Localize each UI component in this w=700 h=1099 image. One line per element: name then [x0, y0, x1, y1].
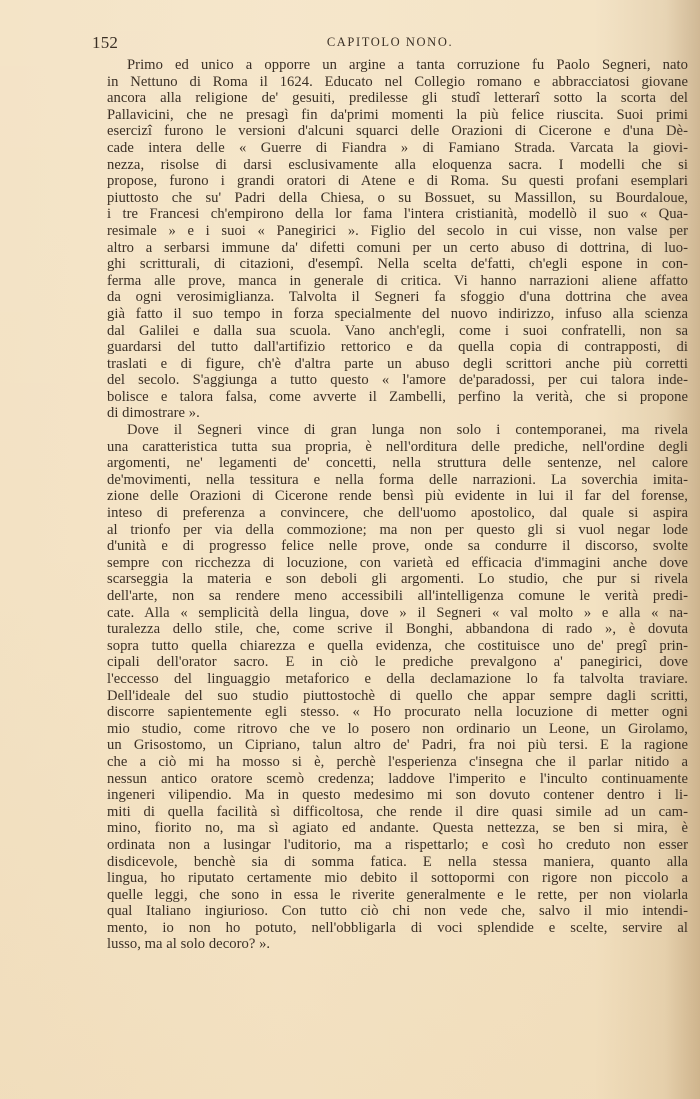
text-line: mio studio, come ritrovo che ve lo poser… [107, 721, 688, 738]
paragraph-2: Dove il Segneri vince di gran lunga non … [107, 422, 688, 953]
text-line: mento, io non ho potuto, nell'obbligarla… [107, 920, 688, 937]
text-line: piuttosto che su' Padri della Chiesa, o … [107, 190, 688, 207]
text-line: Dove il Segneri vince di gran lunga non … [107, 422, 688, 439]
text-line: bolisce e talora falsa, come avverte il … [107, 389, 688, 406]
text-line: argomenti, ne' legamenti de' concetti, n… [107, 455, 688, 472]
text-line: sempre con ricchezza di locuzione, con v… [107, 555, 688, 572]
text-line: da ogni verosimiglianza. Talvolta il Seg… [107, 289, 688, 306]
text-line: in Nettuno di Roma il 1624. Educato nel … [107, 74, 688, 91]
text-line: scarseggia la materia e son deboli gli a… [107, 571, 688, 588]
text-line: ordinata non a lusingar l'uditorio, ma a… [107, 837, 688, 854]
text-line: ferma alle prove, manca in generale di c… [107, 273, 688, 290]
text-line: di dimostrare ». [107, 405, 688, 422]
text-line: turalezza dello stile, che, come scrive … [107, 621, 688, 638]
text-line: guardarsi del tutto dall'artifizio retto… [107, 339, 688, 356]
text-line: zione delle Orazioni di Cicerone rende b… [107, 488, 688, 505]
text-line: disdicevole, benchè sia di somma fatica.… [107, 854, 688, 871]
text-line: ghi scritturali, di citazioni, d'esempî.… [107, 256, 688, 273]
running-head: 152 CAPITOLO NONO. [92, 33, 688, 53]
paragraph-1: Primo ed unico a opporre un argine a tan… [107, 57, 688, 422]
text-line: che a ciò mi ha mosso si è, perchè l'esp… [107, 754, 688, 771]
text-line: d'unità e di progresso felice nelle prov… [107, 538, 688, 555]
text-line: cipali dell'orator sacro. E in ciò le pr… [107, 654, 688, 671]
body-text: Primo ed unico a opporre un argine a tan… [107, 57, 688, 953]
text-line: traslati e di figure, ch'è d'altra parte… [107, 356, 688, 373]
text-line: mino, fiorito no, ma sì agiato ed andant… [107, 820, 688, 837]
text-line: ancora alla religione de' gesuiti, predi… [107, 90, 688, 107]
text-line: l'eccesso del linguaggio metaforico e de… [107, 671, 688, 688]
text-line: inteso di preferenza a convincere, che d… [107, 505, 688, 522]
text-line: esercizî furono le versioni d'alcuni squ… [107, 123, 688, 140]
text-line: Pallavicini, che ne presagì fin da'primi… [107, 107, 688, 124]
text-line: Dell'ideale del suo studio piuttostochè … [107, 688, 688, 705]
text-line: lingua, ho riputato certamente mio debit… [107, 870, 688, 887]
text-line: già fatto il suo tempo in forza specialm… [107, 306, 688, 323]
chapter-title: CAPITOLO NONO. [92, 35, 688, 50]
text-line: sopra tutto quella chiarezza e quella ev… [107, 638, 688, 655]
text-line: i tre Francesi ch'empirono della lor fam… [107, 206, 688, 223]
text-line: nezza, risolse di darsi esclusivamente a… [107, 157, 688, 174]
text-line: una caratteristica tutta sua propria, è … [107, 439, 688, 456]
text-line: un Grisostomo, un Cipriano, talun altro … [107, 737, 688, 754]
text-line: cade intera delle « Guerre di Fiandra » … [107, 140, 688, 157]
text-line: dell'arte, non sa rendere meno accessibi… [107, 588, 688, 605]
text-line: cate. Alla « semplicità della lingua, do… [107, 605, 688, 622]
text-line: qual Italiano ingiurioso. Con tutto ciò … [107, 903, 688, 920]
text-line: altro a serbarsi immune da' difetti comu… [107, 240, 688, 257]
text-line: Primo ed unico a opporre un argine a tan… [107, 57, 688, 74]
text-line: ingeneri vilipendio. Ma in questo medesi… [107, 787, 688, 804]
text-line: miti di quella facilità sì difficoltosa,… [107, 804, 688, 821]
text-line: nessun antico oratore scemò credenza; la… [107, 771, 688, 788]
text-line: lusso, ma al solo decoro? ». [107, 936, 688, 953]
text-line: del secolo. S'aggiunga a tutto questo « … [107, 372, 688, 389]
text-line: resimale » e i suoi « Panegirici ». Figl… [107, 223, 688, 240]
text-line: dal Galilei e dalla sua scuola. Vano anc… [107, 323, 688, 340]
text-line: quelle leggi, che sono in essa le riveri… [107, 887, 688, 904]
text-line: discorre sapientemente egli stesso. « Ho… [107, 704, 688, 721]
text-line: al trionfo per via della commozione; ma … [107, 522, 688, 539]
text-line: de'movimenti, nella tessitura e nella fo… [107, 472, 688, 489]
text-line: propose, furono i grandi oratori di Aten… [107, 173, 688, 190]
